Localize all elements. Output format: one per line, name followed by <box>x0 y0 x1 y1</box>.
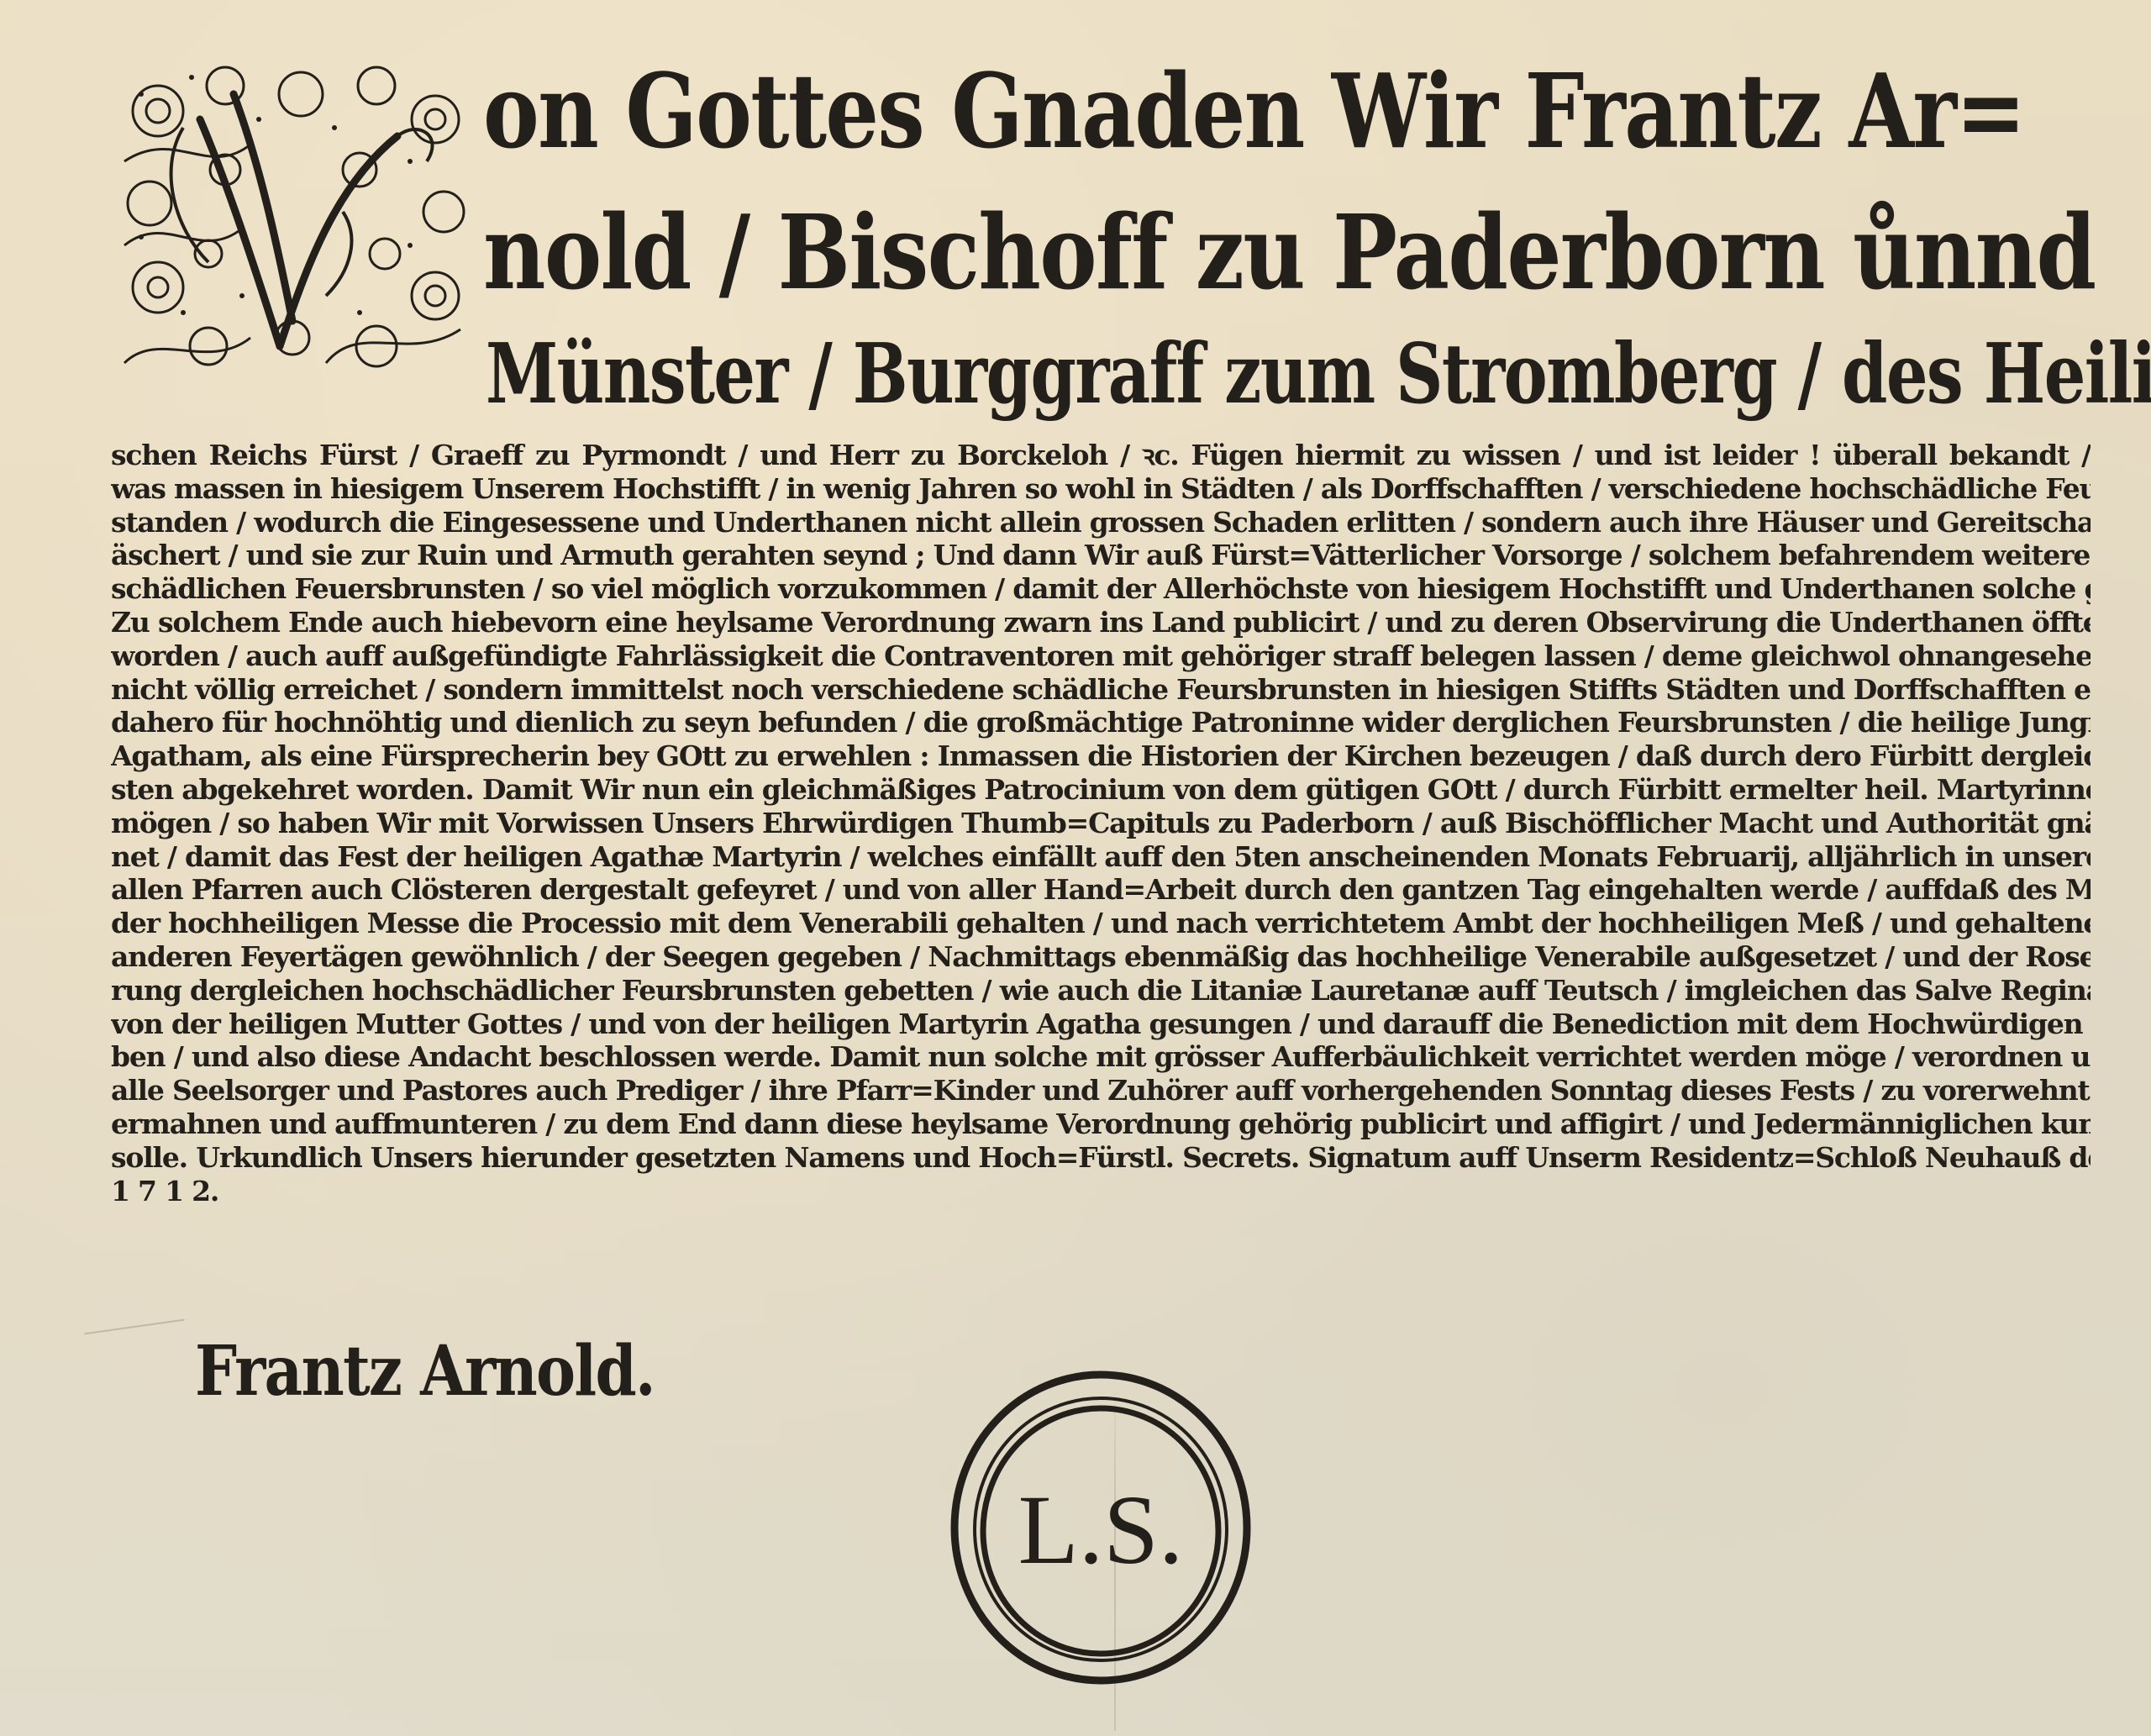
body-line: standen / wodurch die Eingesessene und U… <box>111 506 2091 539</box>
body-line: dahero für hochnöhtig und dienlich zu se… <box>111 706 2091 739</box>
body-line: der hochheiligen Messe die Processio mit… <box>111 907 2091 940</box>
body-line: allen Pfarren auch Clösteren dergestalt … <box>111 873 2091 907</box>
body-line: ben / und also diese Andacht beschlossen… <box>111 1040 2091 1074</box>
decorated-initial-v <box>108 44 471 380</box>
body-line: schädlichen Feuersbrunsten / so viel mög… <box>111 572 2091 606</box>
body-line: von der heiligen Mutter Gottes / und von… <box>111 1007 2091 1041</box>
heading-line-1: on Gottes Gnaden Wir Frantz Ar= <box>483 50 2025 171</box>
body-line: äschert / und sie zur Ruin und Armuth ge… <box>111 539 2091 572</box>
paper-crack <box>84 1319 184 1335</box>
body-line: solle. Urkundlich Unsers hierunder geset… <box>111 1141 2091 1175</box>
body-line: ermahnen und auffmunteren / zu dem End d… <box>111 1107 2091 1141</box>
body-line: worden / auch auff außgefündigte Fahrläs… <box>111 639 2091 673</box>
body-line: anderen Feyertägen gewöhnlich / der Seeg… <box>111 940 2091 974</box>
body-line: mögen / so haben Wir mit Vorwissen Unser… <box>111 807 2091 840</box>
document-page: on Gottes Gnaden Wir Frantz Ar= nold / B… <box>0 0 2151 1736</box>
body-line: Agatham, als eine Fürsprecherin bey GOtt… <box>111 739 2091 773</box>
body-line: nicht völlig erreichet / sondern immitte… <box>111 673 2091 707</box>
seal-locus-sigilli: L.S. <box>949 1368 1252 1687</box>
body-line: sten abgekehret worden. Damit Wir nun ei… <box>111 773 2091 807</box>
body-line: net / damit das Fest der heiligen Agathæ… <box>111 840 2091 874</box>
heading-line-3: Münster / Burggraff zum Stromberg / des … <box>486 326 2151 423</box>
body-line: schen Reichs Fürst / Graeff zu Pyrmondt … <box>111 439 2091 472</box>
signature: Frantz Arnold. <box>195 1331 655 1412</box>
body-line: alle Seelsorger und Pastores auch Predig… <box>111 1074 2091 1107</box>
body-line: was massen in hiesigem Unserem Hochstiff… <box>111 472 2091 506</box>
seal-text: L.S. <box>949 1368 1252 1687</box>
proclamation-body: schen Reichs Fürst / Graeff zu Pyrmondt … <box>111 439 2091 1207</box>
date-year-line: 1 7 1 2. <box>111 1175 2091 1208</box>
heading-line-2: nold / Bischoff zu Paderborn ůnnd <box>483 192 2095 313</box>
ornament-flourish-icon <box>108 44 471 380</box>
body-line: Zu solchem Ende auch hiebevorn eine heyl… <box>111 606 2091 639</box>
body-line: rung dergleichen hochschädlicher Feursbr… <box>111 974 2091 1007</box>
